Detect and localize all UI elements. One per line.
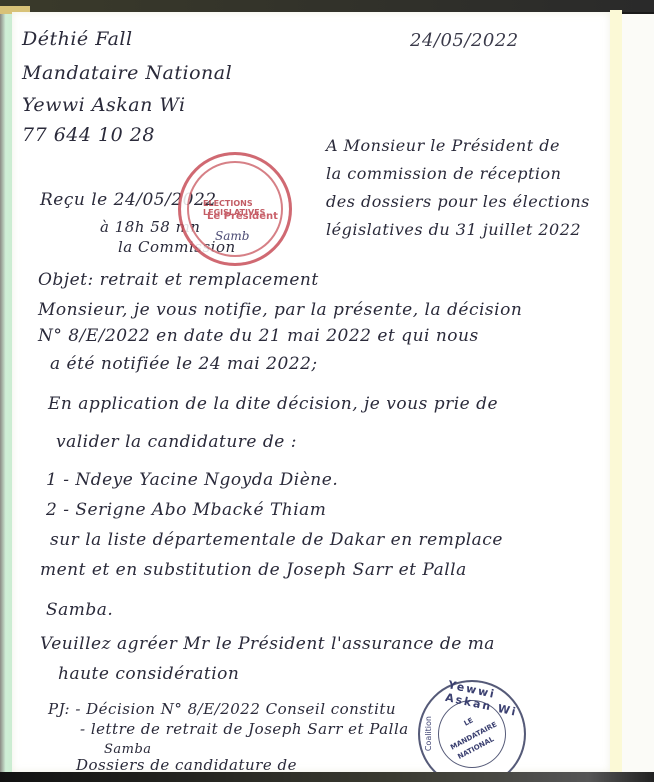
letter-subject: Objet: retrait et remplacement xyxy=(38,270,319,290)
photo-frame-bottom xyxy=(0,772,654,782)
body-line-9: ment et en substitution de Joseph Sarr e… xyxy=(40,560,467,580)
body-line-4: En application de la dite décision, je v… xyxy=(48,394,498,414)
sender-name: Déthié Fall xyxy=(22,28,133,50)
coalition-stamp-line-1: LE xyxy=(463,716,475,727)
candidate-1: 1 - Ndeye Yacine Ngoyda Diène. xyxy=(46,470,338,490)
photo-frame-top xyxy=(0,0,654,12)
attachment-line-3: Samba xyxy=(104,742,152,757)
coalition-stamp: Yewwi Askan Wi Coalition LE MANDATAIRE N… xyxy=(418,680,526,782)
recipient-line-2: la commission de réception xyxy=(326,164,561,183)
attachment-line-1: PJ: - Décision N° 8/E/2022 Conseil const… xyxy=(48,700,396,718)
body-line-2: N° 8/E/2022 en date du 21 mai 2022 et qu… xyxy=(38,326,479,346)
sender-title: Mandataire National xyxy=(22,62,232,84)
paper-yellow-edge xyxy=(610,10,622,772)
recipient-line-3: des dossiers pour les élections xyxy=(326,192,590,211)
sender-phone: 77 644 10 28 xyxy=(22,124,155,146)
recipient-line-1: A Monsieur le Président de xyxy=(326,136,560,155)
body-line-3: a été notifiée le 24 mai 2022; xyxy=(50,354,318,374)
body-line-8: sur la liste départementale de Dakar en … xyxy=(50,530,503,550)
body-line-5: valider la candidature de : xyxy=(56,432,297,452)
attachment-line-2: - lettre de retrait de Joseph Sarr et Pa… xyxy=(80,720,409,738)
commission-stamp: ELECTIONS LEGISLATIVES Le Président Samb xyxy=(178,152,292,266)
closing-line-1: Veuillez agréer Mr le Président l'assura… xyxy=(40,634,495,654)
coalition-stamp-side: Coalition xyxy=(424,716,433,751)
candidate-2: 2 - Serigne Abo Mbacké Thiam xyxy=(46,500,326,520)
body-line-1: Monsieur, je vous notifie, par la présen… xyxy=(38,300,522,320)
body-line-10: Samba. xyxy=(46,600,113,620)
sender-coalition: Yewwi Askan Wi xyxy=(22,94,186,116)
stamp-center-line-2: Le Président xyxy=(207,211,278,222)
closing-line-2: haute considération xyxy=(58,664,239,684)
recipient-line-4: législatives du 31 juillet 2022 xyxy=(326,220,581,239)
stamp-signature: Samb xyxy=(215,229,249,243)
letter-date: 24/05/2022 xyxy=(410,30,519,51)
